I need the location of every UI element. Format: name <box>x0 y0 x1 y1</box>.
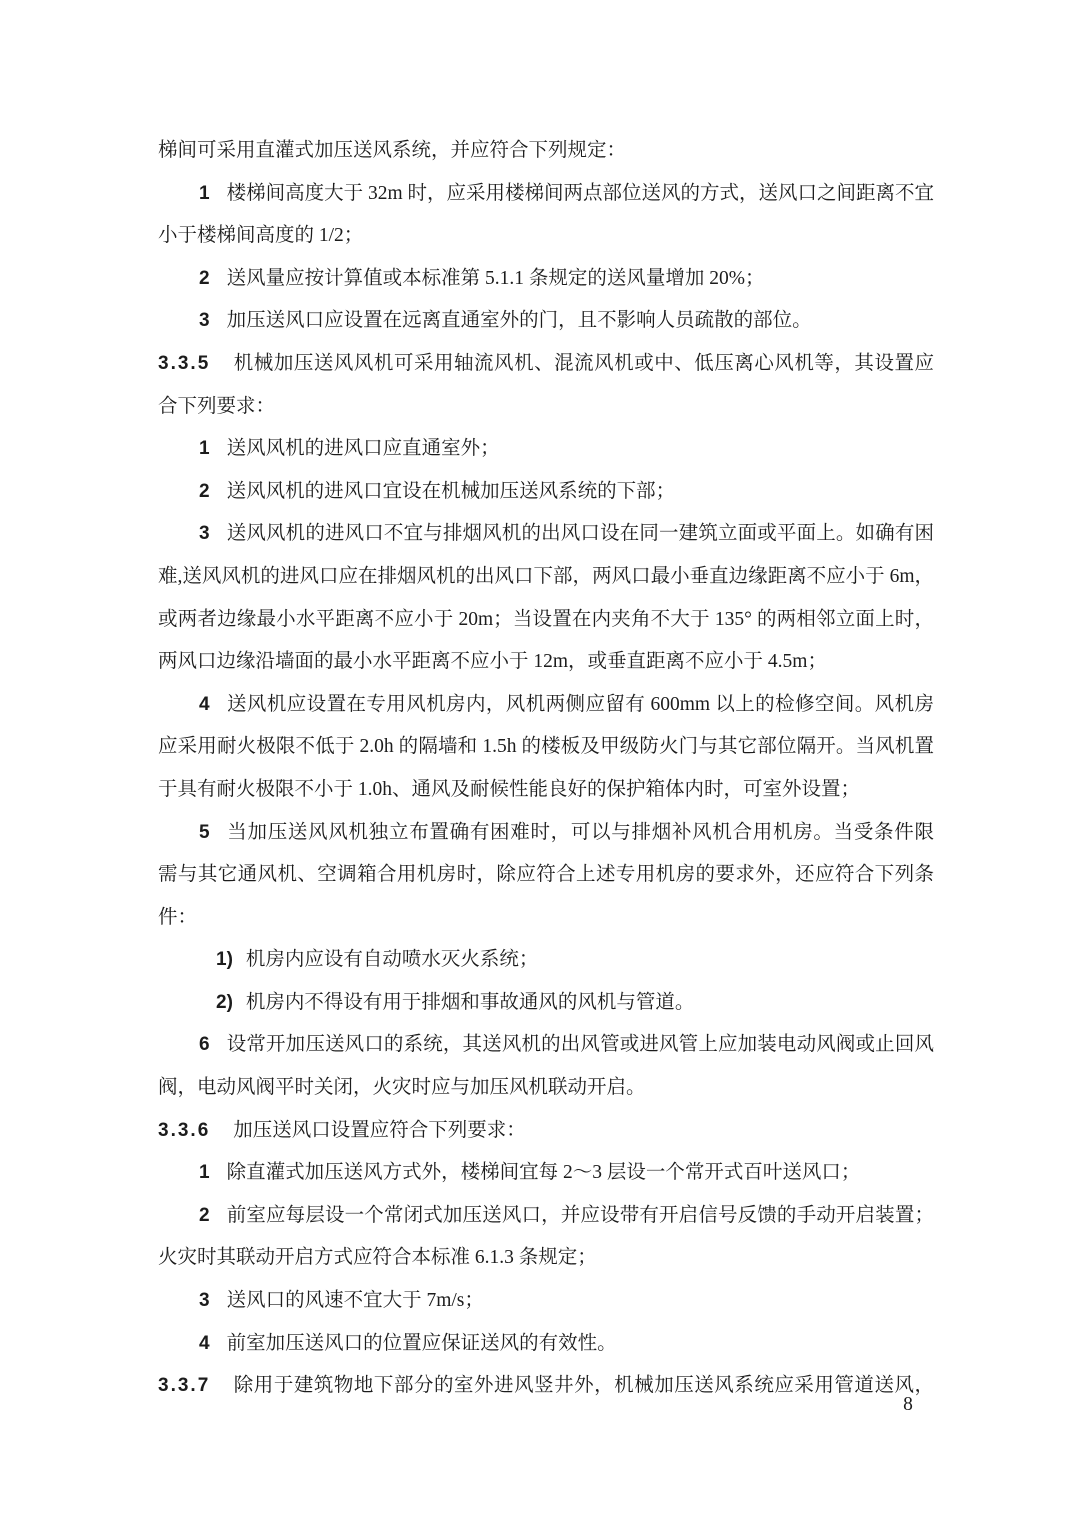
line-text: 除用于建筑物地下部分的室外进风竖井外，机械加压送风系统应采用管道送风，不 <box>158 1375 934 1408</box>
text-line: 2送风量应按计算值或本标准第 5.1.1 条规定的送风量增加 20%； <box>158 258 934 301</box>
item-number: 1 <box>199 438 210 459</box>
text-line: 3送风口的风速不宜大于 7m/s； <box>158 1280 934 1323</box>
section-number: 3.3.7 <box>158 1375 210 1396</box>
text-line: 难,送风风机的进风口应在排烟风机的出风口下部，两风口最小垂直边缘距离不应小于 6… <box>158 556 934 599</box>
item-number: 3 <box>199 1290 210 1311</box>
line-text: 当加压送风风机独立布置确有困难时，可以与排烟补风机合用机房。当受条件限制， <box>199 822 934 855</box>
text-line: 1)机房内应设有自动喷水灭火系统； <box>158 939 934 982</box>
text-line: 2)机房内不得设有用于排烟和事故通风的风机与管道。 <box>158 982 934 1025</box>
text-line: 于具有耐火极限不小于 1.0h、通风及耐候性能良好的保护箱体内时，可室外设置； <box>158 769 934 812</box>
text-line: 件： <box>158 897 934 940</box>
text-line: 6设常开加压送风口的系统，其送风机的出风管或进风管上应加装电动风阀或止回风 <box>158 1024 934 1067</box>
line-text: 送风风机的进风口不宜与排烟风机的出风口设在同一建筑立面或平面上。如确有困 <box>227 523 934 544</box>
line-text: 送风机应设置在专用风机房内，风机两侧应留有 600mm 以上的检修空间。风机房 <box>227 694 934 715</box>
item-number: 5 <box>199 822 210 843</box>
text-line: 4前室加压送风口的位置应保证送风的有效性。 <box>158 1323 934 1366</box>
line-text: 应采用耐火极限不低于 2.0h 的隔墙和 1.5h 的楼板及甲级防火门与其它部位… <box>158 736 934 757</box>
text-line: 梯间可采用直灌式加压送风系统，并应符合下列规定： <box>158 130 934 173</box>
item-number: 3 <box>199 310 210 331</box>
text-line: 小于楼梯间高度的 1/2； <box>158 215 934 258</box>
line-text: 楼梯间高度大于 32m 时，应采用楼梯间两点部位送风的方式，送风口之间距离不宜 <box>227 183 934 204</box>
text-line: 合下列要求： <box>158 386 934 429</box>
line-text: 除直灌式加压送风方式外，楼梯间宜每 2～3 层设一个常开式百叶送风口； <box>227 1162 861 1183</box>
text-line: 1除直灌式加压送风方式外，楼梯间宜每 2～3 层设一个常开式百叶送风口； <box>158 1152 934 1195</box>
line-text: 加压送风口应设置在远离直通室外的门，且不影响人员疏散的部位。 <box>227 310 812 331</box>
section-line: 3.3.6加压送风口设置应符合下列要求： <box>158 1110 934 1153</box>
item-number: 2 <box>199 481 210 502</box>
text-line: 或两者边缘最小水平距离不应小于 20m；当设置在内夹角不大于 135° 的两相邻… <box>158 599 934 642</box>
document-page: 梯间可采用直灌式加压送风系统，并应符合下列规定：1楼梯间高度大于 32m 时，应… <box>0 0 1080 1527</box>
line-text: 需与其它通风机、空调箱合用机房时，除应符合上述专用机房的要求外，还应符合下列条 <box>158 864 934 885</box>
text-line: 1楼梯间高度大于 32m 时，应采用楼梯间两点部位送风的方式，送风口之间距离不宜 <box>158 173 934 216</box>
document-body: 梯间可采用直灌式加压送风系统，并应符合下列规定：1楼梯间高度大于 32m 时，应… <box>158 130 934 1408</box>
text-line: 1送风风机的进风口应直通室外； <box>158 428 934 471</box>
line-text: 机房内不得设有用于排烟和事故通风的风机与管道。 <box>246 992 695 1013</box>
line-text: 小于楼梯间高度的 1/2； <box>158 225 363 246</box>
text-line: 2前室应每层设一个常闭式加压送风口，并应设带有开启信号反馈的手动开启装置； <box>158 1195 934 1238</box>
line-text: 设常开加压送风口的系统，其送风机的出风管或进风管上应加装电动风阀或止回风 <box>227 1034 934 1055</box>
text-line: 3送风风机的进风口不宜与排烟风机的出风口设在同一建筑立面或平面上。如确有困 <box>158 513 934 556</box>
line-text: 送风风机的进风口应直通室外； <box>227 438 500 459</box>
item-number: 2) <box>216 992 233 1013</box>
line-text: 合下列要求： <box>158 396 275 417</box>
item-number: 3 <box>199 523 210 544</box>
line-text: 送风风机的进风口宜设在机械加压送风系统的下部； <box>227 481 676 502</box>
line-text: 加压送风口设置应符合下列要求： <box>233 1120 526 1141</box>
line-text: 难,送风风机的进风口应在排烟风机的出风口下部，两风口最小垂直边缘距离不应小于 6… <box>158 566 934 587</box>
text-line: 火灾时其联动开启方式应符合本标准 6.1.3 条规定； <box>158 1237 934 1280</box>
line-text: 前室应每层设一个常闭式加压送风口，并应设带有开启信号反馈的手动开启装置； <box>227 1205 934 1226</box>
section-line: 3.3.5机械加压送风风机可采用轴流风机、混流风机或中、低压离心风机等，其设置应… <box>158 343 934 386</box>
page-number: 8 <box>890 1390 926 1420</box>
line-text: 机房内应设有自动喷水灭火系统； <box>246 949 539 970</box>
line-text: 机械加压送风风机可采用轴流风机、混流风机或中、低压离心风机等，其设置应符 <box>158 353 934 386</box>
item-number: 2 <box>199 1205 210 1226</box>
section-line: 3.3.7除用于建筑物地下部分的室外进风竖井外，机械加压送风系统应采用管道送风，… <box>158 1365 934 1408</box>
line-text: 送风量应按计算值或本标准第 5.1.1 条规定的送风量增加 20%； <box>227 268 765 289</box>
line-text: 梯间可采用直灌式加压送风系统，并应符合下列规定： <box>158 140 626 161</box>
item-number: 6 <box>199 1034 210 1055</box>
section-number: 3.3.5 <box>158 353 210 374</box>
line-text: 送风口的风速不宜大于 7m/s； <box>227 1290 484 1311</box>
text-line: 需与其它通风机、空调箱合用机房时，除应符合上述专用机房的要求外，还应符合下列条 <box>158 854 934 897</box>
item-number: 1 <box>199 1162 210 1183</box>
line-text: 阀，电动风阀平时关闭，火灾时应与加压风机联动开启。 <box>158 1077 646 1098</box>
item-number: 1) <box>216 949 233 970</box>
text-line: 阀，电动风阀平时关闭，火灾时应与加压风机联动开启。 <box>158 1067 934 1110</box>
line-text: 或两者边缘最小水平距离不应小于 20m；当设置在内夹角不大于 135° 的两相邻… <box>158 609 934 630</box>
line-text: 两风口边缘沿墙面的最小水平距离不应小于 12m，或垂直距离不应小于 4.5m； <box>158 651 827 672</box>
text-line: 应采用耐火极限不低于 2.0h 的隔墙和 1.5h 的楼板及甲级防火门与其它部位… <box>158 726 934 769</box>
text-line: 4送风机应设置在专用风机房内，风机两侧应留有 600mm 以上的检修空间。风机房 <box>158 684 934 727</box>
line-text: 前室加压送风口的位置应保证送风的有效性。 <box>227 1333 617 1354</box>
text-line: 5当加压送风风机独立布置确有困难时，可以与排烟补风机合用机房。当受条件限制， <box>158 812 934 855</box>
item-number: 2 <box>199 268 210 289</box>
item-number: 1 <box>199 183 210 204</box>
section-number: 3.3.6 <box>158 1120 210 1141</box>
item-number: 4 <box>199 694 210 715</box>
item-number: 4 <box>199 1333 210 1354</box>
text-line: 3加压送风口应设置在远离直通室外的门，且不影响人员疏散的部位。 <box>158 300 934 343</box>
text-line: 两风口边缘沿墙面的最小水平距离不应小于 12m，或垂直距离不应小于 4.5m； <box>158 641 934 684</box>
line-text: 于具有耐火极限不小于 1.0h、通风及耐候性能良好的保护箱体内时，可室外设置； <box>158 779 860 800</box>
line-text: 件： <box>158 907 197 928</box>
line-text: 火灾时其联动开启方式应符合本标准 6.1.3 条规定； <box>158 1247 597 1268</box>
text-line: 2送风风机的进风口宜设在机械加压送风系统的下部； <box>158 471 934 514</box>
